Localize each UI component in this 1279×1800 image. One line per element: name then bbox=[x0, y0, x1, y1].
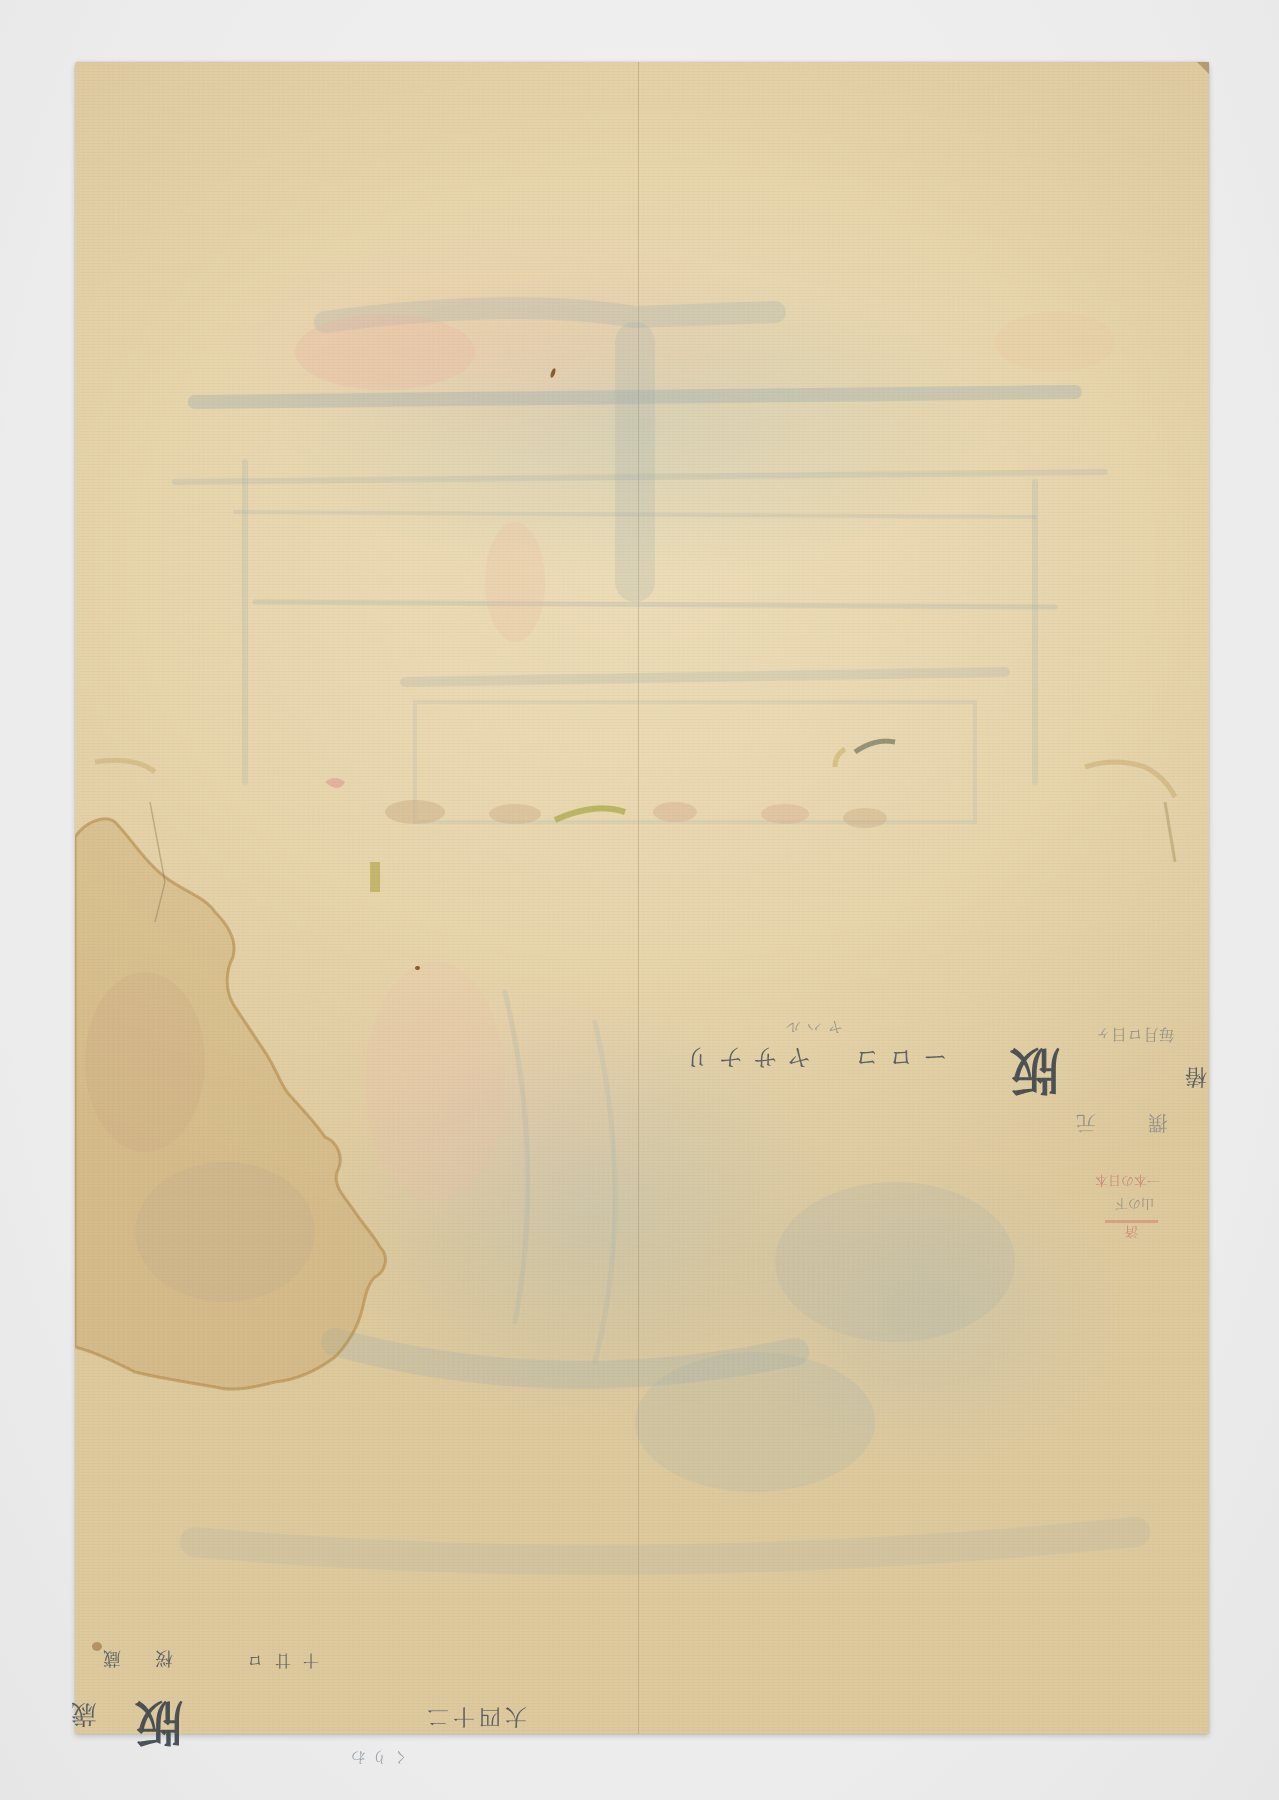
stamp-line-3: 済 bbox=[1105, 1220, 1158, 1242]
annotation-bottom-left-row1a: 桜 蔵 bbox=[95, 1646, 173, 1672]
annotation-right-kana-row: ーロコ ヤサナリ bbox=[675, 1042, 947, 1077]
annotation-right-kana-small: ヤハル bbox=[780, 1017, 843, 1038]
show-through-image bbox=[75, 62, 1209, 1734]
corner-tear bbox=[1197, 62, 1209, 74]
stamp-line-1: 一本の日本 bbox=[1095, 1172, 1160, 1191]
annotation-bottom-left-row1b: 十廿ロ bbox=[235, 1650, 319, 1673]
annotation-right-second-col: 撰 元 bbox=[1060, 1110, 1168, 1139]
rust-spot bbox=[549, 368, 556, 379]
annotation-right-edge: 椿 bbox=[1185, 1062, 1207, 1093]
annotation-bottom-mid-small: くりわ bbox=[345, 1747, 408, 1768]
annotation-bottom-mid: 大四十二 bbox=[423, 1702, 527, 1733]
center-fold-line bbox=[638, 62, 639, 1734]
annotation-right-top-small: 毎月ロ日ヶ bbox=[1095, 1024, 1175, 1047]
water-stain bbox=[75, 62, 1209, 1734]
rust-spot bbox=[415, 966, 420, 970]
stamp-line-2: 山の下 bbox=[1115, 1195, 1154, 1214]
annotation-bottom-left-large: 版 bbox=[135, 1692, 183, 1761]
annotation-bottom-left-edge: 歳 bbox=[71, 1697, 97, 1734]
print-sheet: 毎月ロ日ヶ 版 ーロコ ヤサナリ ヤハル 撰 元 椿 一本の日本 山の下 済 桜… bbox=[75, 62, 1209, 1734]
annotation-right-large: 版 bbox=[1010, 1038, 1060, 1110]
